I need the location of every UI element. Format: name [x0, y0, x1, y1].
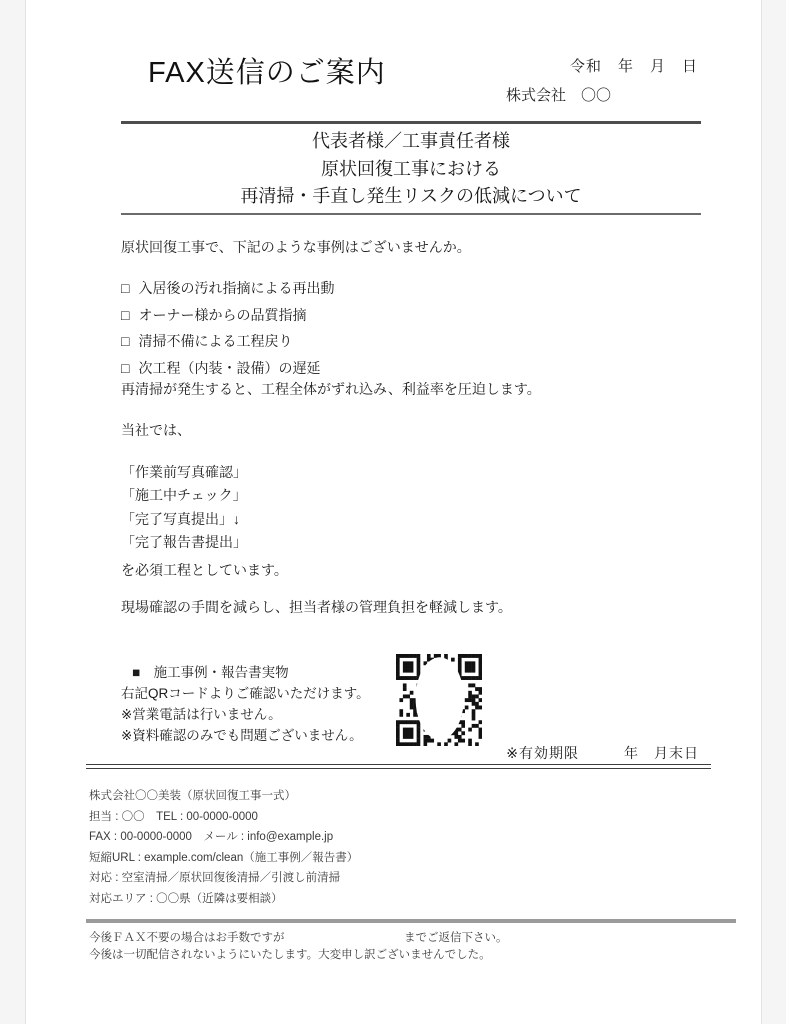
optout-line-2: 今後は一切配信されないようにいたします。大変申し訳ございませんでした。	[89, 946, 491, 962]
subject-line-2: 再清掃・手直し発生リスクの低減について	[121, 183, 701, 211]
header-date-block: 令和 年 月 日 株式会社 〇〇	[506, 55, 698, 105]
square-bullet-icon: ■	[132, 665, 140, 680]
intro-text: 原状回復工事で、下記のような事例はございませんか。	[121, 237, 471, 257]
checkbox-icon: □	[121, 355, 129, 382]
qr-section-heading: ■ 施工事例・報告書実物	[121, 662, 370, 683]
page-title: FAX送信のご案内	[148, 50, 386, 91]
qr-heading-label: 施工事例・報告書実物	[154, 665, 289, 680]
footer-line: 短縮URL : example.com/clean（施工事例／報告書）	[89, 848, 358, 869]
process-step: 「完了写真提出」↓	[121, 508, 247, 531]
benefit-text: 現場確認の手間を減らし、担当者様の管理負担を軽減します。	[121, 597, 512, 617]
process-steps: 「作業前写真確認」 「施工中チェック」 「完了写真提出」↓ 「完了報告書提出」	[121, 461, 247, 555]
sender-company: 株式会社 〇〇	[506, 84, 698, 105]
checklist-item: □次工程（内装・設備）の遅延	[121, 355, 334, 382]
fax-page: FAX送信のご案内 令和 年 月 日 株式会社 〇〇 代表者様／工事責任者様 原…	[25, 0, 762, 1024]
optout-text-right: までご返信下さい。	[404, 929, 508, 945]
company-intro-text: 当社では、	[121, 420, 191, 440]
checklist-item: □清掃不備による工程戻り	[121, 328, 334, 355]
validity-line: ※有効期限 年 月末日	[506, 743, 699, 763]
footer-contact-block: 株式会社〇〇美装（原状回復工事一式） 担当 : 〇〇 TEL : 00-0000…	[89, 786, 358, 910]
footer-line: 担当 : 〇〇 TEL : 00-0000-0000	[89, 807, 358, 828]
checkbox-icon: □	[121, 328, 129, 355]
qr-code	[396, 654, 482, 746]
checklist-item-label: 清掃不備による工程戻り	[138, 333, 292, 349]
impact-text: 再清掃が発生すると、工程全体がずれ込み、利益率を圧迫します。	[121, 379, 541, 399]
footer-line: 対応エリア : 〇〇県（近隣は要相談）	[89, 889, 358, 910]
header-divider	[121, 121, 701, 124]
checklist: □入居後の汚れ指摘による再出動 □オーナー様からの品質指摘 □清掃不備による工程…	[121, 275, 334, 381]
checkbox-icon: □	[121, 302, 129, 329]
footer-double-divider	[86, 764, 711, 769]
checkbox-icon: □	[121, 275, 129, 302]
process-note-text: を必須工程としています。	[121, 560, 288, 580]
qr-info-line: ※営業電話は行いません。	[121, 704, 370, 725]
date-line: 令和 年 月 日	[506, 55, 698, 76]
checklist-item: □入居後の汚れ指摘による再出動	[121, 275, 334, 302]
checklist-item-label: 入居後の汚れ指摘による再出動	[138, 280, 334, 296]
process-step: 「完了報告書提出」	[121, 531, 247, 554]
footer-line: 株式会社〇〇美装（原状回復工事一式）	[89, 786, 358, 807]
checklist-item-label: 次工程（内装・設備）の遅延	[138, 360, 320, 376]
process-step: 「作業前写真確認」	[121, 461, 247, 484]
process-step: 「施工中チェック」	[121, 484, 247, 507]
subject-divider	[121, 213, 701, 215]
qr-info-line: 右記QRコードよりご確認いただけます。	[121, 683, 370, 704]
checklist-item-label: オーナー様からの品質指摘	[138, 307, 306, 323]
recipient-line: 代表者様／工事責任者様	[121, 128, 701, 156]
footer-line: FAX : 00-0000-0000 メール : info@example.jp	[89, 827, 358, 848]
footer-line: 対応 : 空室清掃／原状回復後清掃／引渡し前清掃	[89, 868, 358, 889]
qr-info-block: ■ 施工事例・報告書実物 右記QRコードよりご確認いただけます。 ※営業電話は行…	[121, 662, 370, 746]
optout-text-left: 今後ＦＡＸ不要の場合はお手数ですが	[89, 932, 285, 944]
subject-line-1: 原状回復工事における	[121, 156, 701, 184]
checklist-item: □オーナー様からの品質指摘	[121, 302, 334, 329]
qr-info-line: ※資料確認のみでも問題ございません。	[121, 725, 370, 746]
subject-block: 代表者様／工事責任者様 原状回復工事における 再清掃・手直し発生リスクの低減につ…	[121, 128, 701, 211]
optout-divider	[86, 919, 736, 923]
optout-line-1: 今後ＦＡＸ不要の場合はお手数ですが までご返信下さい。	[89, 929, 689, 945]
